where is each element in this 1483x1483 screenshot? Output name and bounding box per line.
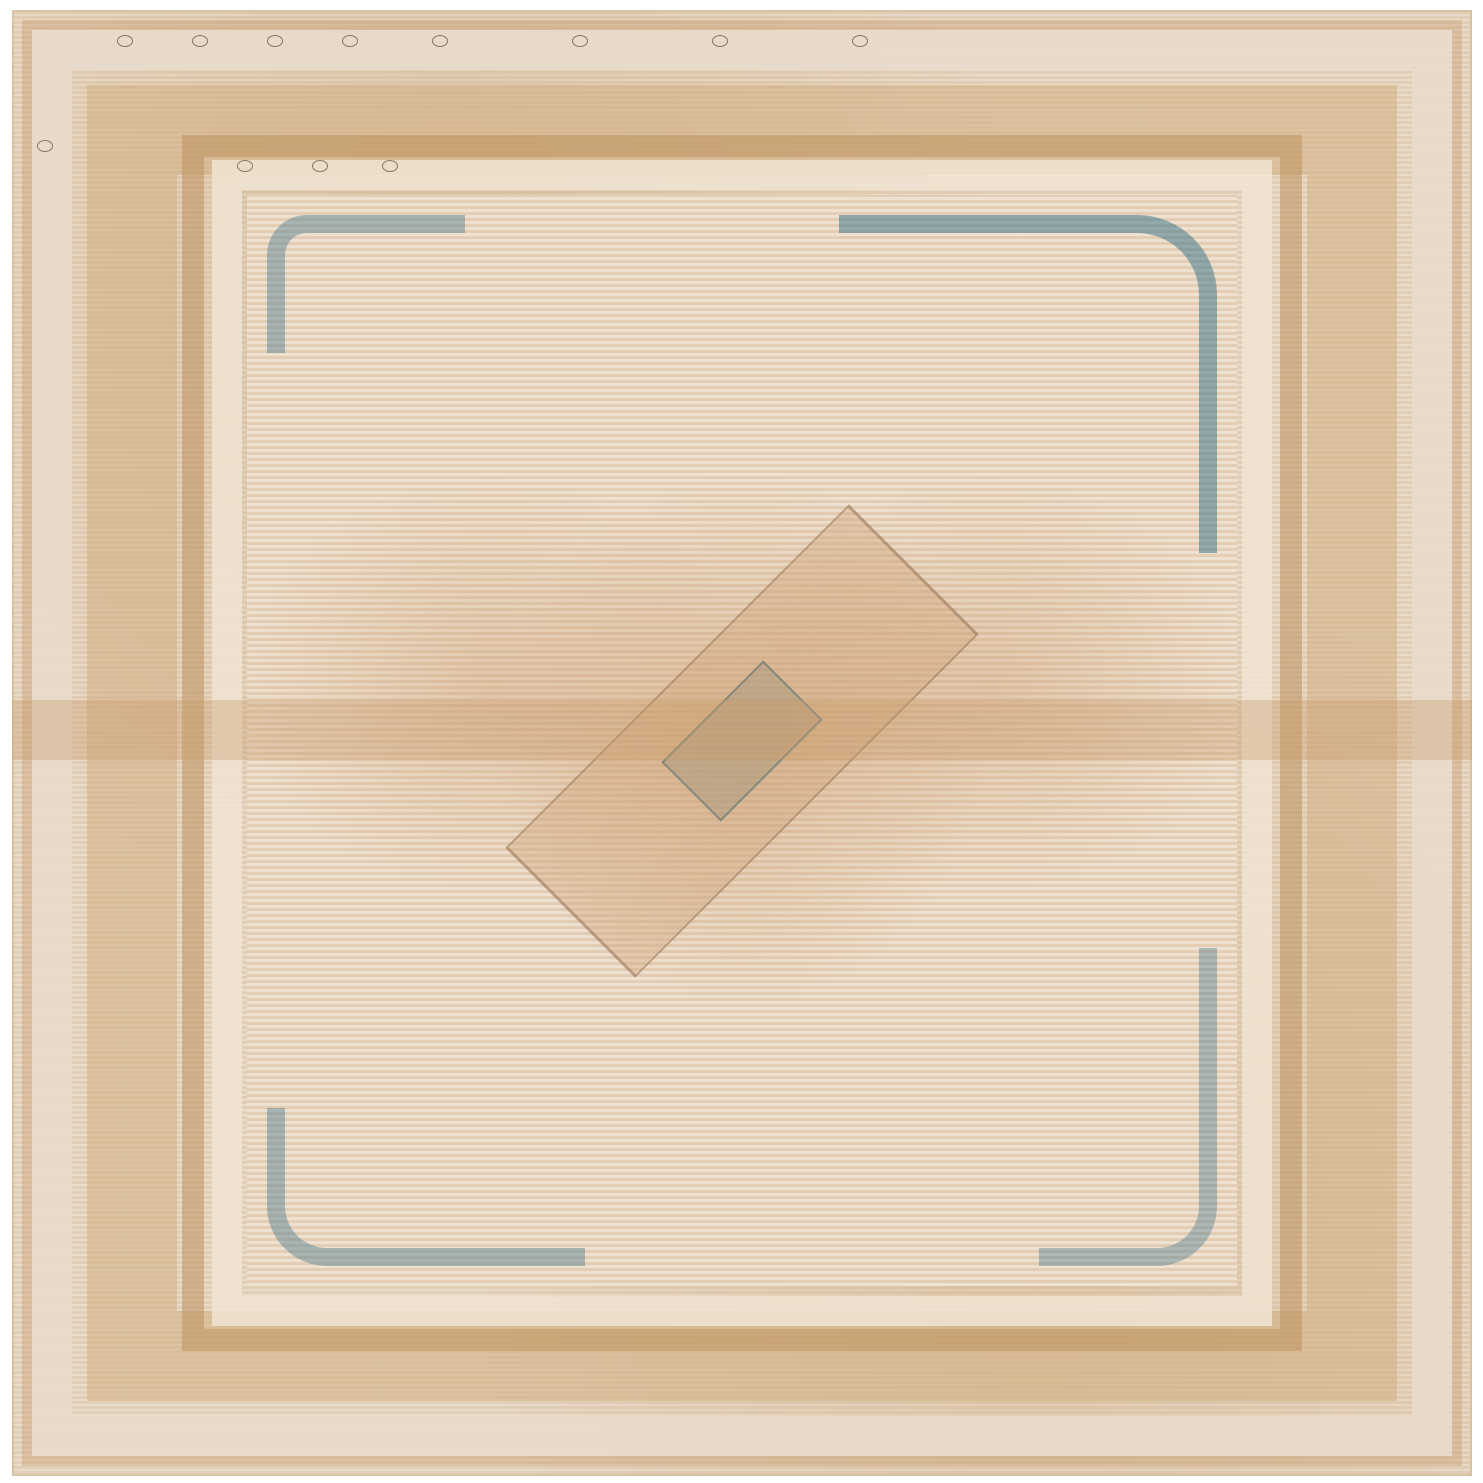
trefoil-motif [237, 160, 253, 172]
corner-spandrel-bottom-right [1039, 948, 1217, 1266]
horizontal-abrash-band [12, 700, 1472, 760]
trefoil-motif [37, 140, 53, 152]
trefoil-motif [712, 35, 728, 47]
trefoil-motif [572, 35, 588, 47]
trefoil-motif [192, 35, 208, 47]
corner-spandrel-top-right [839, 215, 1217, 553]
trefoil-motif [312, 160, 328, 172]
trefoil-motif [382, 160, 398, 172]
trefoil-motif [432, 35, 448, 47]
trefoil-motif [342, 35, 358, 47]
corner-spandrel-top-left [267, 215, 465, 353]
trefoil-motif [117, 35, 133, 47]
rug [12, 10, 1472, 1476]
corner-spandrel-bottom-left [267, 1108, 585, 1266]
trefoil-motif [852, 35, 868, 47]
trefoil-motif [267, 35, 283, 47]
